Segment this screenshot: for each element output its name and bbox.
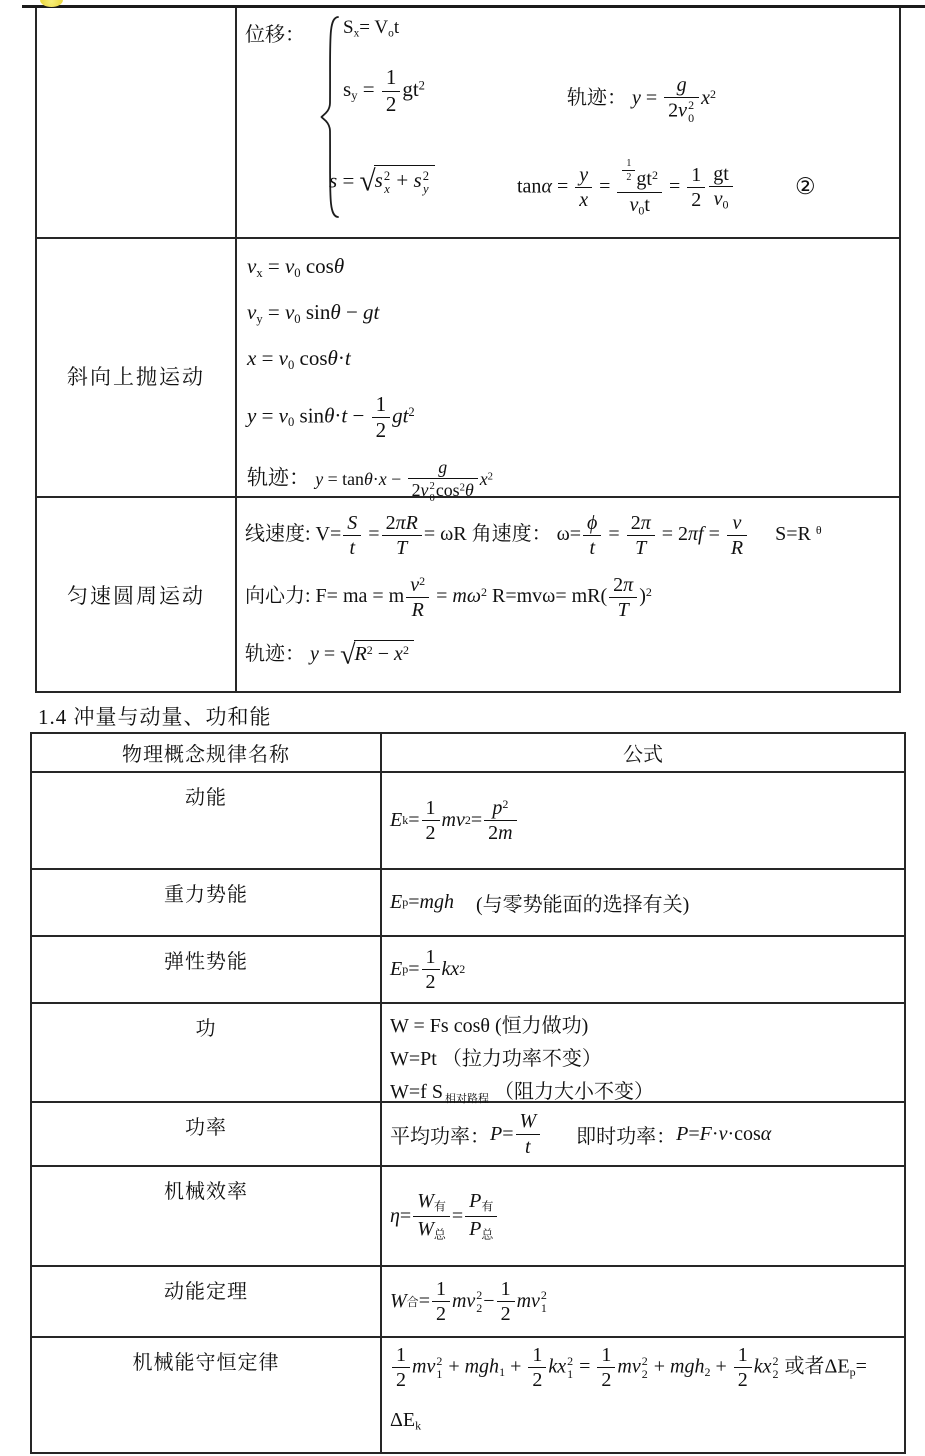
- formula-x: x = v0 cosθ·t: [247, 343, 899, 380]
- formula-work-energy-theorem: W合 = 12mv22 − 12mv21: [382, 1267, 904, 1336]
- table-row-work-energy-theorem: 动能定理 W合 = 12mv22 − 12mv21: [32, 1265, 904, 1336]
- table-row-kinetic-energy: 动能 Ek = 12mv2 = p22m: [32, 771, 904, 868]
- concept-name: 功: [32, 1004, 382, 1118]
- concept-name: 功率: [32, 1103, 382, 1165]
- kinematics-table: 位移： Sx= Vot sy = 12gt2 轨迹： y = g2v20x2 s…: [35, 8, 901, 693]
- formula-s-magnitude: s = √s2x + s2y: [329, 166, 435, 199]
- oblique-projectile-formulas-cell: vx = v0 cosθ vy = v0 sinθ − gt x = v0 co…: [237, 239, 899, 514]
- formula-gravitational-pe: Ep = mgh(与零势能面的选择有关): [382, 870, 904, 935]
- table-row-displacement: 位移： Sx= Vot sy = 12gt2 轨迹： y = g2v20x2 s…: [37, 8, 899, 237]
- energy-formula-table: 物理概念规律名称 公式 动能 Ek = 12mv2 = p22m 重力势能 Ep…: [30, 732, 906, 1454]
- table-row-elastic-pe: 弹性势能 Ep = 12kx2: [32, 935, 904, 1002]
- header-formula: 公式: [382, 734, 904, 771]
- row-label-uniform-circular-motion: 匀速圆周运动: [37, 498, 237, 691]
- table-row-power: 功率 平均功率： P = Wt即时功率： P = F·v·cosα: [32, 1101, 904, 1165]
- formula-power: 平均功率： P = Wt即时功率： P = F·v·cosα: [382, 1103, 904, 1165]
- displacement-label: 位移：: [245, 18, 305, 47]
- table-header-row: 物理概念规律名称 公式: [32, 734, 904, 771]
- row-label-oblique-projectile: 斜向上抛运动: [37, 239, 237, 514]
- concept-name: 动能: [32, 773, 382, 868]
- formula-elastic-pe: Ep = 12kx2: [382, 937, 904, 1002]
- table-row-mechanical-efficiency: 机械效率 η = W有W总 = P有P总: [32, 1165, 904, 1265]
- table-row-gravitational-pe: 重力势能 Ep = mgh(与零势能面的选择有关): [32, 868, 904, 935]
- formula-linear-angular-velocity: 线速度: V=St =2πRT= ωR 角速度： ω=ϕt = 2πT = 2π…: [245, 502, 899, 562]
- section-heading: 1.4 冲量与动量、功和能: [38, 701, 272, 731]
- formula-mechanical-energy-conservation: 12mv21 + mgh1 + 12kx21 = 12mv22 + mgh2 +…: [382, 1338, 904, 1452]
- displacement-formulas-cell: 位移： Sx= Vot sy = 12gt2 轨迹： y = g2v20x2 s…: [237, 8, 899, 237]
- formula-mechanical-efficiency: η = W有W总 = P有P总: [382, 1167, 904, 1265]
- concept-name: 弹性势能: [32, 937, 382, 1002]
- table-row-mechanical-energy-conservation: 机械能守恒定律 12mv21 + mgh1 + 12kx21 = 12mv22 …: [32, 1336, 904, 1452]
- trajectory-label: 轨迹：: [567, 87, 627, 109]
- formula-vy: vy = v0 sinθ − gt: [247, 297, 899, 334]
- formula-y: y = v0 sinθ·t − 12gt2: [247, 388, 899, 446]
- concept-name: 机械效率: [32, 1167, 382, 1265]
- formula-trajectory: 轨迹： y = tanθ·x − g2v20cos2θx2: [247, 450, 899, 504]
- concept-name: 重力势能: [32, 870, 382, 935]
- formula-work: W = Fs cosθ (恒力做功)W=Pt （拉力功率不变）W=f S相对路程…: [382, 1004, 904, 1118]
- formula-centripetal-force: 向心力: F= ma = mv2R = mω2 R=mvω= mR(2πT)2: [245, 564, 899, 624]
- formula-sx: Sx= Vot: [343, 17, 399, 39]
- table-row-uniform-circular-motion: 匀速圆周运动 线速度: V=St =2πRT= ωR 角速度： ω=ϕt = 2…: [37, 496, 899, 691]
- formula-kinetic-energy: Ek = 12mv2 = p22m: [382, 773, 904, 868]
- formula-circle-trajectory: 轨迹： y = √R2 − x2: [245, 626, 899, 679]
- circular-motion-formulas-cell: 线速度: V=St =2πRT= ωR 角速度： ω=ϕt = 2πT = 2π…: [237, 498, 899, 691]
- concept-name: 机械能守恒定律: [32, 1338, 382, 1452]
- circled-2-annotation: ②: [795, 174, 816, 200]
- formula-sy: sy = 12gt2: [343, 66, 425, 116]
- row-label-empty: [37, 8, 237, 237]
- header-concept-name: 物理概念规律名称: [32, 734, 382, 771]
- formula-tan-alpha: tanα = yx = 12gt2v0t = 12gtv0: [517, 158, 735, 218]
- table-row-work: 功 W = Fs cosθ (恒力做功)W=Pt （拉力功率不变）W=f S相对…: [32, 1002, 904, 1101]
- concept-name: 动能定理: [32, 1267, 382, 1336]
- table-row-oblique-projectile: 斜向上抛运动 vx = v0 cosθ vy = v0 sinθ − gt x …: [37, 237, 899, 496]
- trajectory-formula-projectile: 轨迹： y = g2v20x2: [567, 74, 716, 125]
- formula-vx: vx = v0 cosθ: [247, 251, 899, 288]
